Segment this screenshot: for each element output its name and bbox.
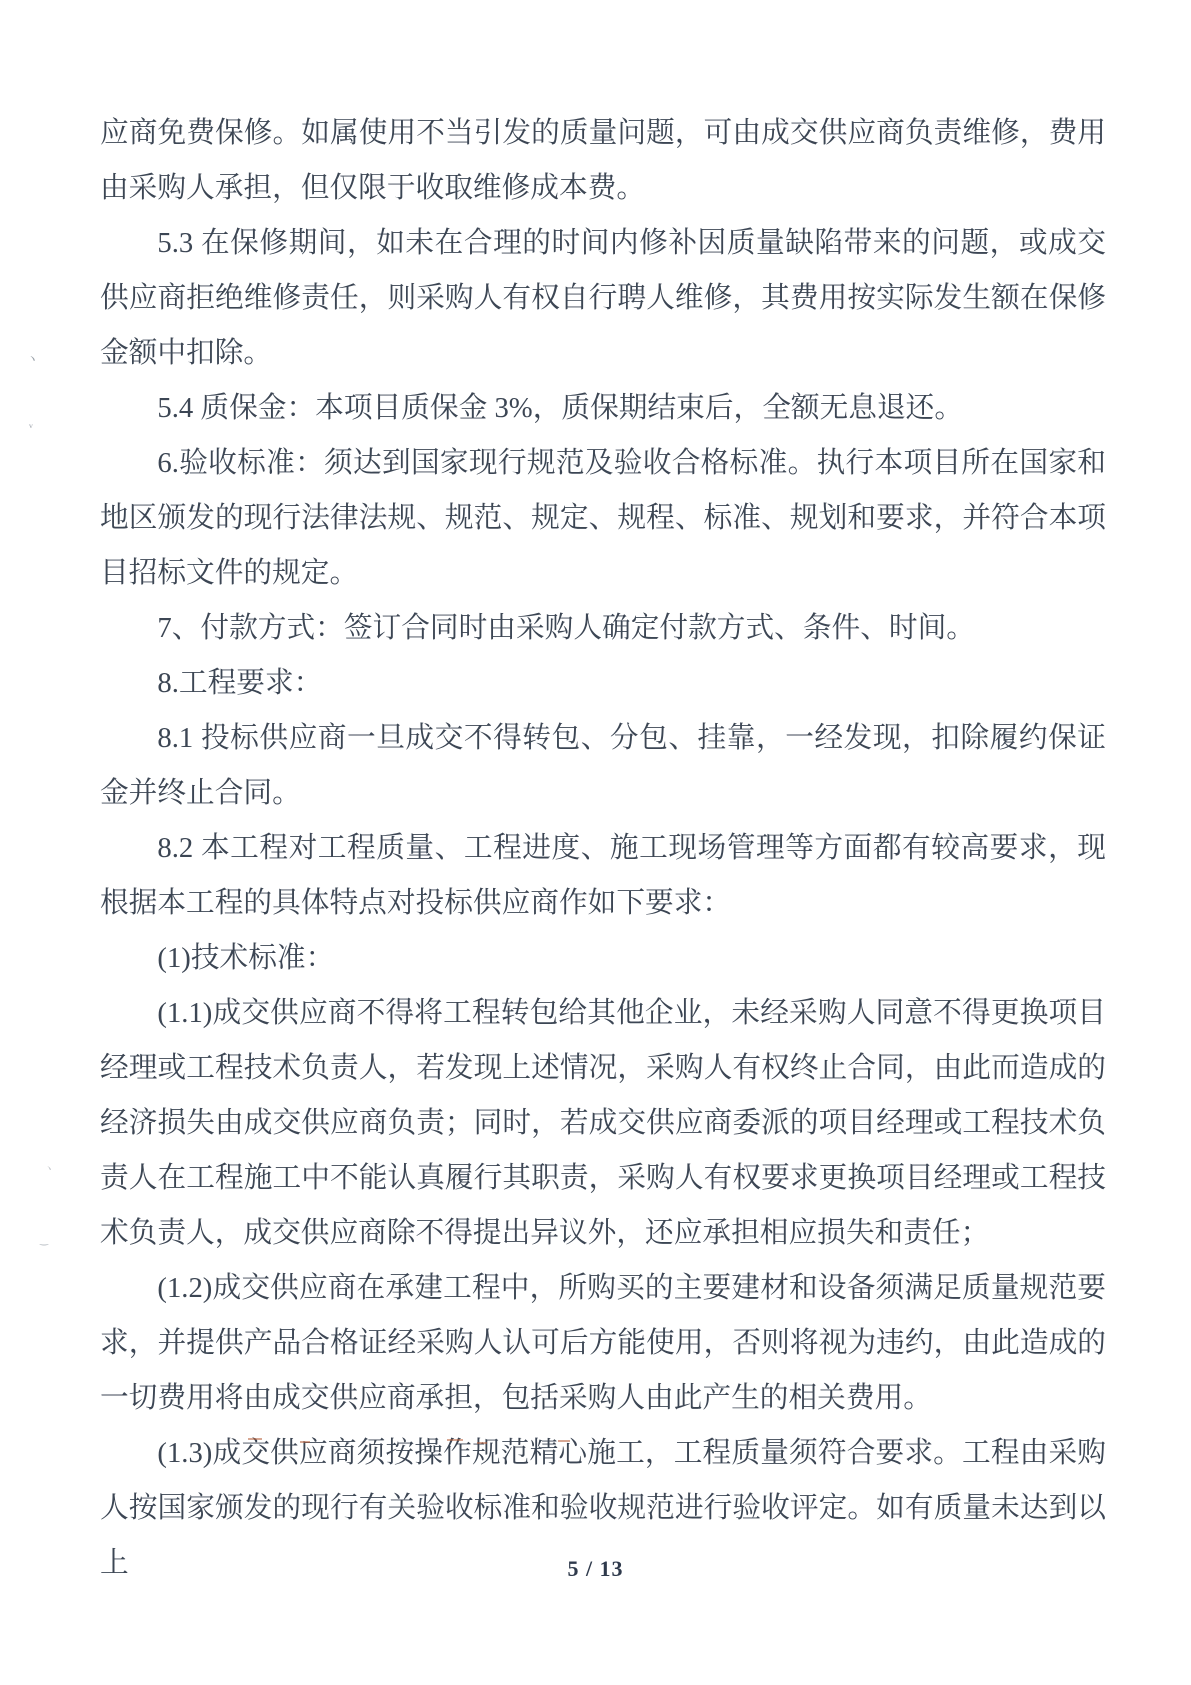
- scan-smudge: ヽ: [26, 352, 39, 365]
- scan-smudge: ヽ: [44, 1163, 54, 1176]
- clause-5-3-warranty-period: 5.3 在保修期间，如未在合理的时间内修补因质量缺陷带来的问题，或成交供应商拒绝…: [100, 216, 1106, 381]
- scan-smudge: ‿: [40, 1234, 48, 1247]
- clause-8-1-no-subcontracting: 8.1 投标供应商一旦成交不得转包、分包、挂靠，一经发现，扣除履约保证金并终止合…: [100, 711, 1106, 821]
- warranty-clause-continuation: 应商免费保修。如属使用不当引发的质量问题，可由成交供应商负责维修，费用由采购人承…: [100, 106, 1106, 216]
- clause-1-1-no-transfer: (1.1)成交供应商不得将工程转包给其他企业，未经采购人同意不得更换项目经理或工…: [100, 986, 1106, 1261]
- clause-7-payment-method: 7、付款方式：签订合同时由采购人确定付款方式、条件、时间。: [100, 601, 1106, 656]
- page-number: 5 / 13: [0, 1556, 1191, 1582]
- scan-smudge: ᵥ: [29, 416, 33, 429]
- clause-6-acceptance-standard: 6.验收标准：须达到国家现行规范及验收合格标准。执行本项目所在国家和地区颁发的现…: [100, 436, 1106, 601]
- clause-8-2-quality-requirements: 8.2 本工程对工程质量、工程进度、施工现场管理等方面都有较高要求，现根据本工程…: [100, 821, 1106, 931]
- clause-8-project-requirements-heading: 8.工程要求：: [100, 656, 1106, 711]
- document-page: 应商免费保修。如属使用不当引发的质量问题，可由成交供应商负责维修，费用由采购人承…: [0, 0, 1191, 1685]
- document-body: 应商免费保修。如属使用不当引发的质量问题，可由成交供应商负责维修，费用由采购人承…: [100, 106, 1106, 1591]
- clause-5-4-quality-deposit: 5.4 质保金：本项目质保金 3%，质保期结束后，全额无息退还。: [100, 381, 1106, 436]
- clause-tech-standard-heading: (1)技术标准：: [100, 931, 1106, 986]
- clause-1-2-materials-quality: (1.2)成交供应商在承建工程中，所购买的主要建材和设备须满足质量规范要求，并提…: [100, 1261, 1106, 1426]
